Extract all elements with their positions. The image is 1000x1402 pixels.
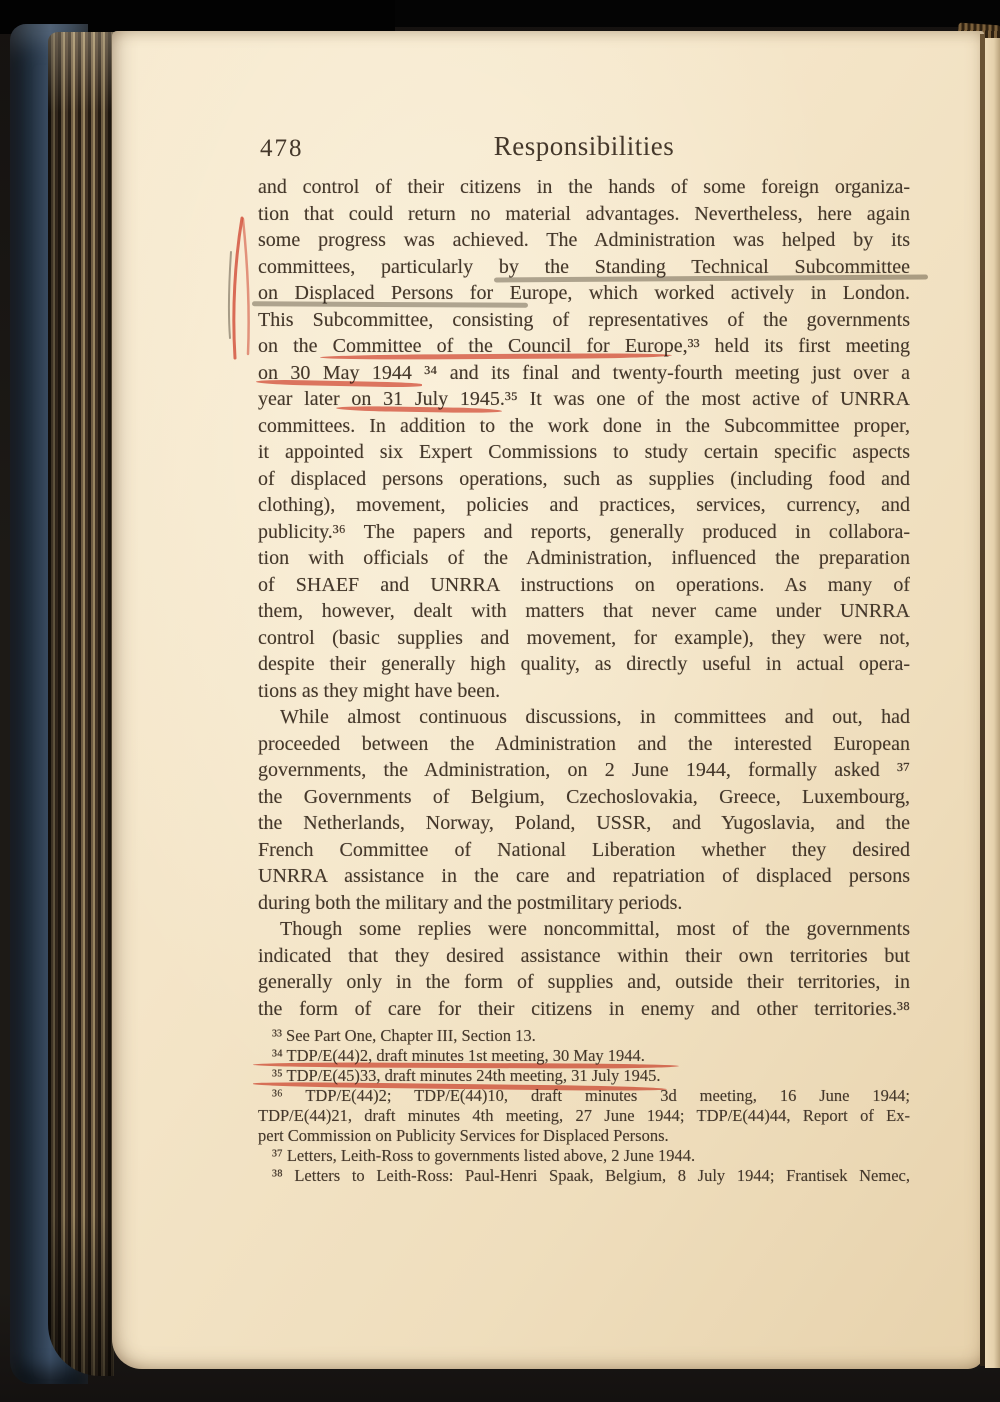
text-line: on 30 May 1944 ³⁴ and its final and twen… bbox=[258, 360, 910, 387]
text-line: This Subcommittee, consisting of represe… bbox=[258, 307, 910, 334]
text-line: and control of their citizens in the han… bbox=[258, 174, 910, 201]
text-line: tion with officials of the Administratio… bbox=[258, 545, 910, 572]
text-line: on Displaced Persons for Europe, which w… bbox=[258, 280, 910, 307]
text-line: While almost continuous discussions, in … bbox=[258, 704, 910, 731]
footnote-line: ³⁷ Letters, Leith-Ross to governments li… bbox=[258, 1146, 910, 1166]
text-line: indicated that they desired assistance w… bbox=[258, 943, 910, 970]
text-line: publicity.³⁶ The papers and reports, gen… bbox=[258, 519, 910, 546]
text-line: on the Committee of the Council for Euro… bbox=[258, 333, 910, 360]
footnote-line: pert Commission on Publicity Services fo… bbox=[258, 1126, 910, 1146]
text-line: committees, particularly by the Standing… bbox=[258, 254, 910, 281]
text-line: tion that could return no material advan… bbox=[258, 201, 910, 228]
next-page-edge bbox=[985, 38, 1000, 1368]
text-line: the Governments of Belgium, Czechoslovak… bbox=[258, 784, 910, 811]
footnote-line: ³³ See Part One, Chapter III, Section 13… bbox=[258, 1026, 910, 1046]
text-line: French Committee of National Liberation … bbox=[258, 837, 910, 864]
footnotes: ³³ See Part One, Chapter III, Section 13… bbox=[258, 1026, 910, 1186]
text-line: generally only in the form of supplies a… bbox=[258, 969, 910, 996]
text-line: committees. In addition to the work done… bbox=[258, 413, 910, 440]
text-line: clothing), movement, policies and practi… bbox=[258, 492, 910, 519]
text-line: UNRRA assistance in the care and repatri… bbox=[258, 863, 910, 890]
text-line: it appointed six Expert Commissions to s… bbox=[258, 439, 910, 466]
page-header: 478 Responsibilities bbox=[258, 131, 910, 169]
footnote-line: TDP/E(44)21, draft minutes 4th meeting, … bbox=[258, 1106, 910, 1126]
text-line: them, however, dealt with matters that n… bbox=[258, 598, 910, 625]
text-line: some progress was achieved. The Administ… bbox=[258, 227, 910, 254]
text-line: of SHAEF and UNRRA instructions on opera… bbox=[258, 572, 910, 599]
text-line: governments, the Administration, on 2 Ju… bbox=[258, 757, 910, 784]
text-line: the form of care for their citizens in e… bbox=[258, 996, 910, 1023]
text-line: year later on 31 July 1945.³⁵ It was one… bbox=[258, 386, 910, 413]
text-line: during both the military and the postmil… bbox=[258, 890, 910, 917]
page-edges-stack bbox=[48, 32, 114, 1376]
body-text: and control of their citizens in the han… bbox=[258, 174, 910, 1022]
text-line: of displaced persons operations, such as… bbox=[258, 466, 910, 493]
book-photo: 478 Responsibilities and control of thei… bbox=[0, 0, 1000, 1402]
text-line: proceeded between the Administration and… bbox=[258, 731, 910, 758]
text-line: control (basic supplies and movement, fo… bbox=[258, 625, 910, 652]
text-line: despite their generally high quality, as… bbox=[258, 651, 910, 678]
text-line: tions as they might have been. bbox=[258, 678, 910, 705]
text-line: Though some replies were noncommittal, m… bbox=[258, 916, 910, 943]
running-head: Responsibilities bbox=[258, 131, 910, 162]
footnote-line: ³⁴ TDP/E(44)2, draft minutes 1st meeting… bbox=[258, 1046, 910, 1066]
footnote-line: ³⁵ TDP/E(45)33, draft minutes 24th meeti… bbox=[258, 1066, 910, 1086]
footnote-line: ³⁸ Letters to Leith-Ross: Paul-Henri Spa… bbox=[258, 1166, 910, 1186]
footnote-line: ³⁶ TDP/E(44)2; TDP/E(44)10, draft minute… bbox=[258, 1086, 910, 1106]
text-line: the Netherlands, Norway, Poland, USSR, a… bbox=[258, 810, 910, 837]
